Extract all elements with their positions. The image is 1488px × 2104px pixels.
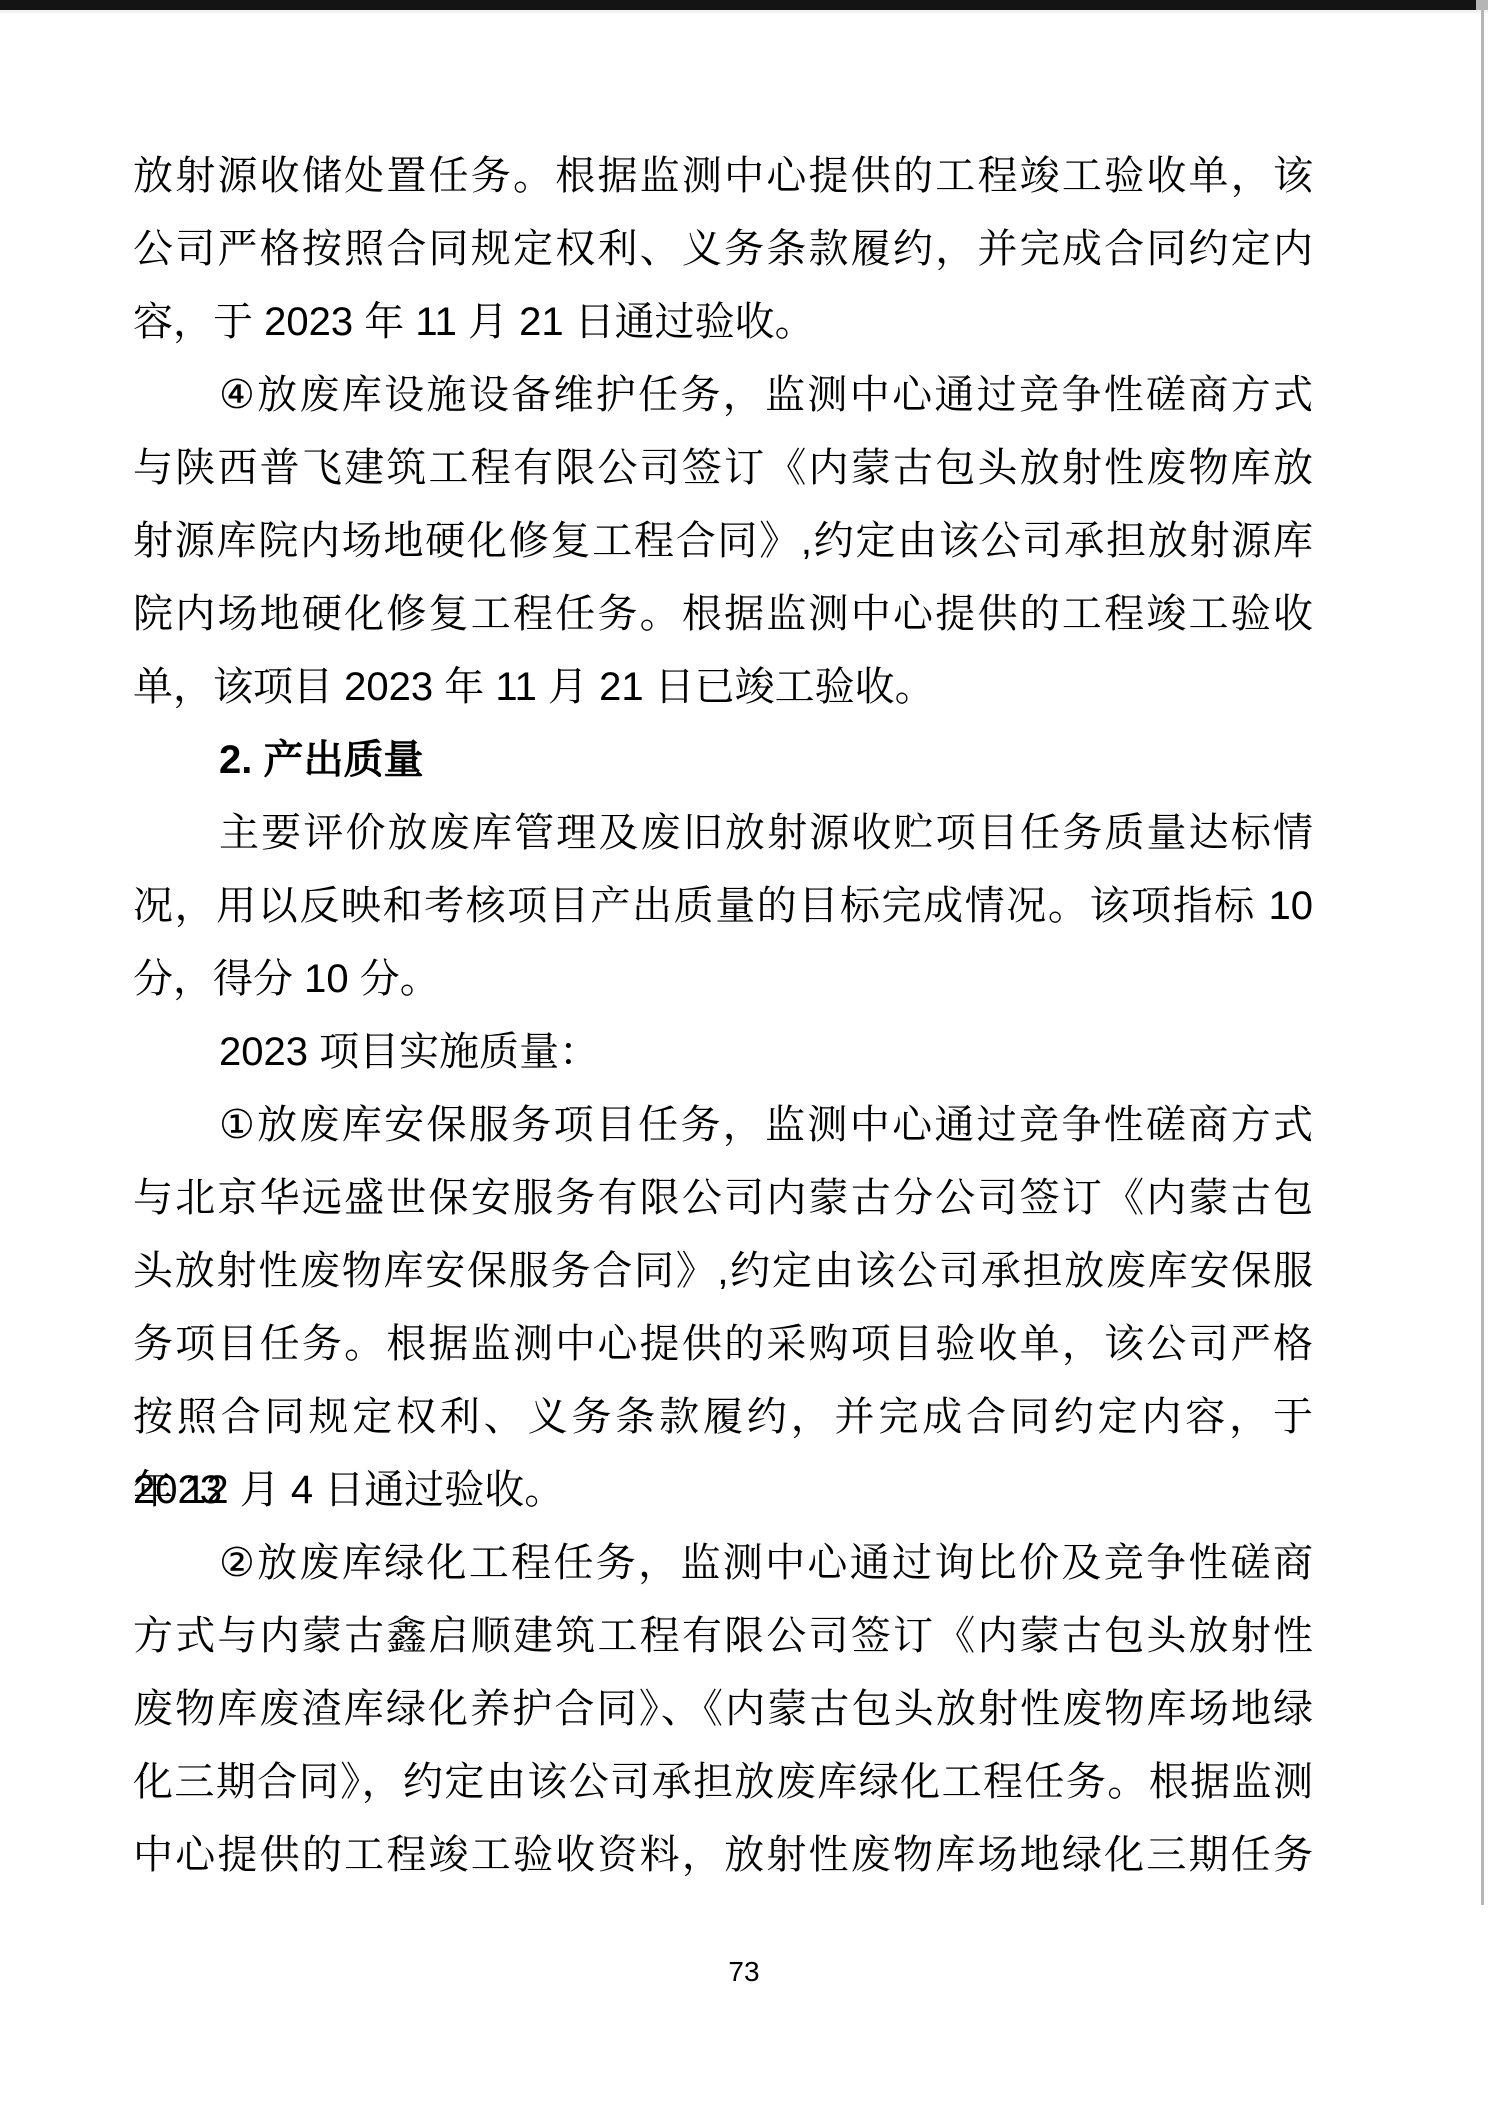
document-line: 按照合同规定权利、义务条款履约，并完成合同约定内容，于 2023: [133, 1381, 1313, 1454]
document-lines: 放射源收储处置任务。根据监测中心提供的工程竣工验收单，该公司严格按照合同规定权利…: [133, 140, 1313, 1892]
document-body: 放射源收储处置任务。根据监测中心提供的工程竣工验收单，该公司严格按照合同规定权利…: [133, 140, 1313, 1892]
document-line: 院内场地硬化修复工程任务。根据监测中心提供的工程竣工验收: [133, 578, 1313, 651]
document-line: 方式与内蒙古鑫启顺建筑工程有限公司签订《内蒙古包头放射性: [133, 1600, 1313, 1673]
document-line: 放射源收储处置任务。根据监测中心提供的工程竣工验收单，该: [133, 140, 1313, 213]
document-line: 废物库废渣库绿化养护合同》、《内蒙古包头放射性废物库场地绿: [133, 1673, 1313, 1746]
document-line: 分，得分 10 分。: [133, 943, 1313, 1016]
section-heading: 2. 产出质量: [133, 724, 1313, 797]
document-line: 务项目任务。根据监测中心提供的采购项目验收单，该公司严格: [133, 1308, 1313, 1381]
document-line: 单，该项目 2023 年 11 月 21 日已竣工验收。: [133, 651, 1313, 724]
page-right-edge-line: [1481, 0, 1484, 1905]
document-line: ②放废库绿化工程任务，监测中心通过询比价及竞争性磋商: [133, 1527, 1313, 1600]
document-line: 主要评价放废库管理及废旧放射源收贮项目任务质量达标情: [133, 797, 1313, 870]
document-page: 放射源收储处置任务。根据监测中心提供的工程竣工验收单，该公司严格按照合同规定权利…: [0, 0, 1488, 2104]
document-line: ①放废库安保服务项目任务，监测中心通过竞争性磋商方式: [133, 1089, 1313, 1162]
window-top-edge: [0, 0, 1488, 10]
document-line: 与陕西普飞建筑工程有限公司签订《内蒙古包头放射性废物库放: [133, 432, 1313, 505]
document-line: 化三期合同》，约定由该公司承担放废库绿化工程任务。根据监测: [133, 1746, 1313, 1819]
page-number: 73: [0, 1955, 1488, 1989]
document-line: 公司严格按照合同规定权利、义务条款履约，并完成合同约定内: [133, 213, 1313, 286]
document-line: 头放射性废物库安保服务合同》,约定由该公司承担放废库安保服: [133, 1235, 1313, 1308]
document-line: 年 12 月 4 日通过验收。: [133, 1454, 1313, 1527]
document-line: 射源库院内场地硬化修复工程合同》,约定由该公司承担放射源库: [133, 505, 1313, 578]
top-edge-shadow: [0, 10, 1488, 13]
document-line: 容，于 2023 年 11 月 21 日通过验收。: [133, 286, 1313, 359]
document-line: 况，用以反映和考核项目产出质量的目标完成情况。该项指标 10: [133, 870, 1313, 943]
document-line: ④放废库设施设备维护任务，监测中心通过竞争性磋商方式: [133, 359, 1313, 432]
document-line: 2023 项目实施质量：: [133, 1016, 1313, 1089]
document-line: 中心提供的工程竣工验收资料，放射性废物库场地绿化三期任务: [133, 1819, 1313, 1892]
document-line: 与北京华远盛世保安服务有限公司内蒙古分公司签订《内蒙古包: [133, 1162, 1313, 1235]
